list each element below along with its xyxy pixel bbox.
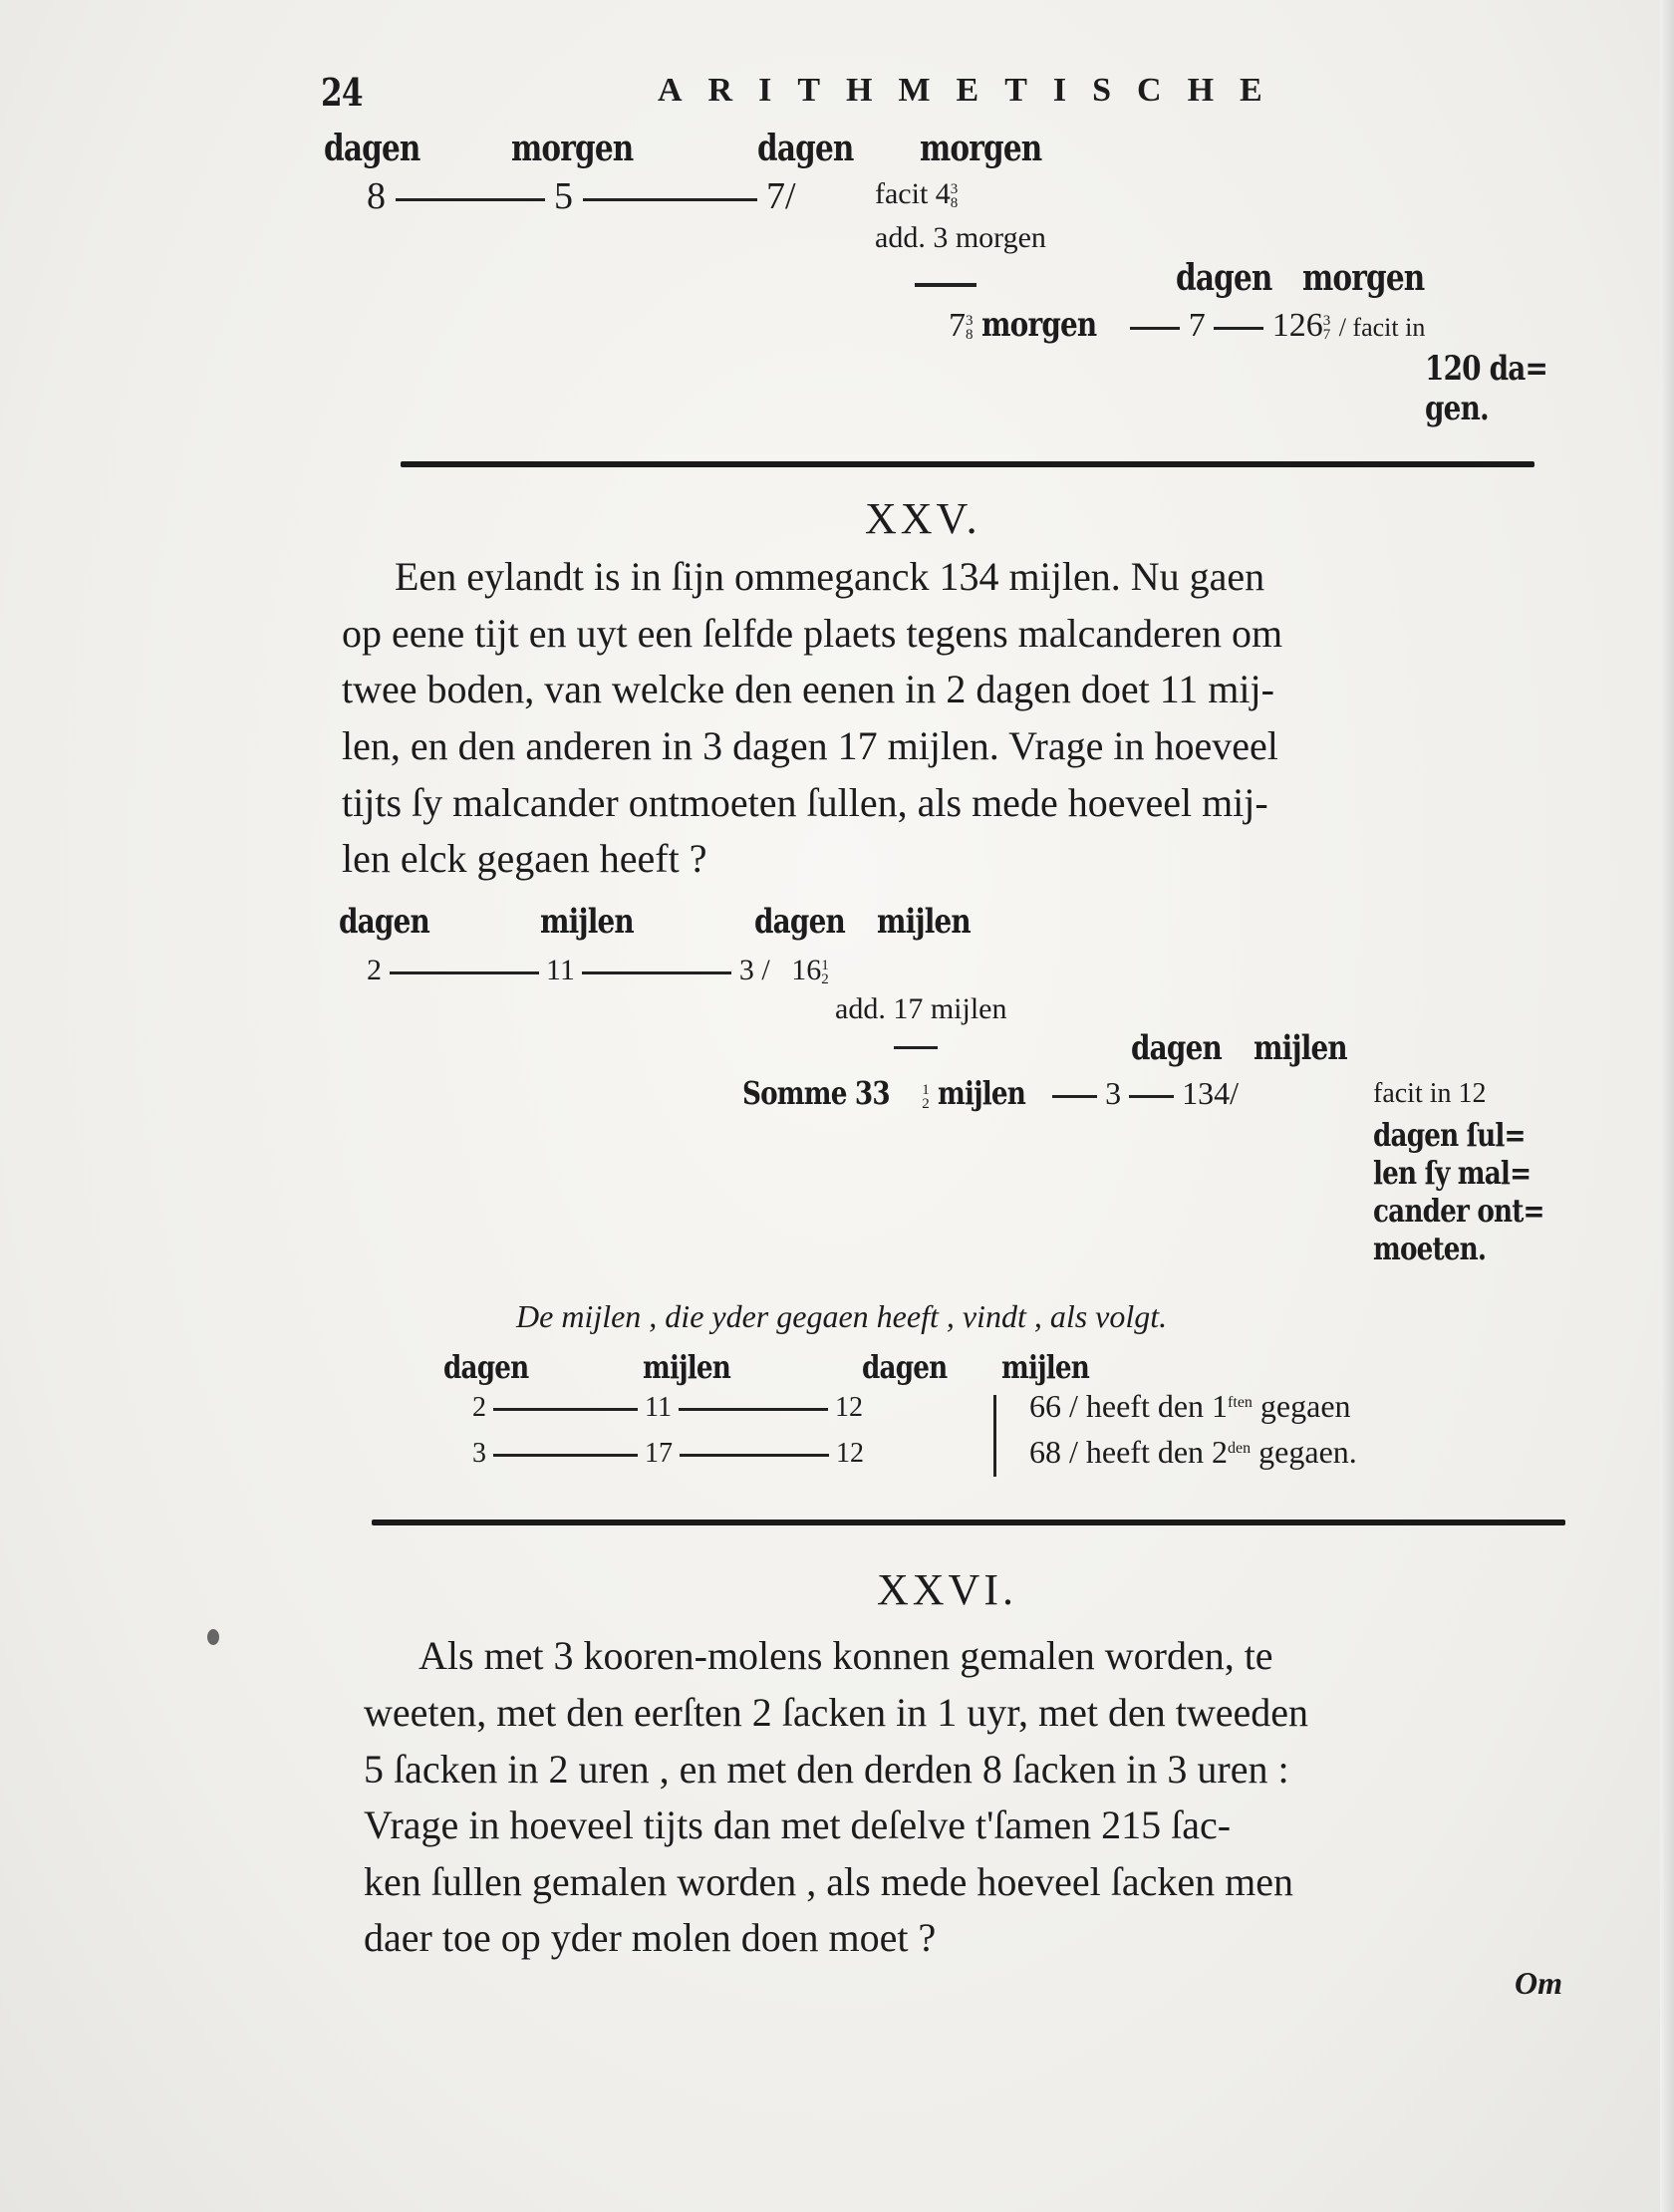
calc2-row2-c: 134/ [1182,1075,1239,1111]
calc2-label2-mijlen: mijlen [1254,1028,1347,1068]
paragraph-line: twee boden, van welcke den eenen in 2 da… [342,666,1274,712]
table-row: 3 17 12 [472,1438,864,1470]
paragraph-line: weeten, met den eerſten 2 ſacken in 1 uy… [364,1689,1308,1736]
cell-result: 68 / heeft den 2 [1029,1434,1228,1470]
dash [680,1454,829,1457]
calc2-result-line-3: cander ont= [1373,1192,1544,1230]
calc2-row2: Somme 3312 mijlen 3 134/ [742,1074,1239,1112]
dash [390,971,539,974]
calc1-result-text: facit 4 [875,177,951,210]
calc2-somme: Somme 33 [742,1074,890,1112]
calc2-label-dagen-2: dagen [754,902,845,942]
table-row-result: 68 / heeft den 2den gegaen. [1029,1434,1357,1471]
calc2-label-mijlen-1: mijlen [540,902,634,942]
paragraph-line: daer toe op yder molen doen moet ? [364,1914,936,1961]
calc2-label-dagen-1: dagen [339,902,429,942]
paragraph-line: op eene tijt en uyt een ſelfde plaets te… [342,610,1282,657]
calc2-value-c: 3 / [739,954,770,986]
fraction: 12 [821,959,829,986]
calc2-add: add. 17 mijlen [835,992,1006,1026]
calc1-row2: 738 morgen 7 12637 / facit in [949,305,1425,345]
dash [679,1408,828,1411]
calc1-label-morgen-1: morgen [511,128,633,169]
cell-result-tail: gegaen [1253,1388,1351,1424]
section-rule [372,1520,1565,1525]
catchword: Om [1515,1965,1562,2002]
calc1-value-c: 7/ [766,175,796,217]
cell-mijlen: 11 [645,1392,672,1423]
ordinal-suffix: ften [1228,1394,1253,1411]
calc1-row2-a: 7 [949,307,966,344]
cell-dagen-2: 12 [835,1392,863,1423]
calc2-label2-dagen: dagen [1131,1028,1222,1068]
dash [1214,327,1263,330]
ordinal-suffix: den [1228,1440,1251,1457]
calc1-label-dagen-2: dagen [757,128,854,169]
calc1-result: facit 438 [875,177,958,211]
cell-mijlen: 17 [645,1438,673,1469]
calc1-row2-unit: morgen [981,305,1096,345]
table-divider [993,1395,996,1477]
calc1-result-line-2: gen. [1425,389,1489,428]
table-row: 2 11 12 [472,1392,863,1424]
calc2-result: 16 [791,954,821,986]
dash [1129,1095,1174,1098]
table-header-mijlen-2: mijlen [1001,1348,1089,1386]
cell-result-tail: gegaen. [1251,1434,1357,1470]
calc1-add: add. 3 morgen [875,221,1046,255]
cell-dagen: 3 [472,1438,486,1469]
calc1-label2-morgen: morgen [1302,257,1424,299]
paragraph-line: len, en den anderen in 3 dagen 17 mijlen… [342,722,1278,769]
calc1-value-a: 8 [367,175,386,217]
calc1-label-dagen-1: dagen [324,128,420,169]
italic-note: De mijlen , die yder gegaen heeft , vind… [516,1298,1167,1335]
section-heading-xxv: XXV. [865,493,981,544]
cell-result: 66 / heeft den 1 [1029,1388,1228,1424]
dash [1052,1095,1097,1098]
paragraph-line: ken ſullen gemalen worden , als mede hoe… [364,1858,1293,1905]
calc2-label-mijlen-2: mijlen [877,902,971,942]
paragraph-line: Als met 3 kooren-molens konnen gemalen w… [418,1632,1273,1679]
dash [1130,327,1180,330]
calc1-row2-b: 7 [1189,307,1206,344]
dash [583,198,757,201]
fraction: 37 [1323,314,1331,342]
calc1-value-b: 5 [554,175,573,217]
calc2-row: 2 11 3 / 1612 [367,954,829,987]
paragraph-line: 5 ſacken in 2 uren , en met den derden 8… [364,1746,1289,1793]
section-heading-xxvi: XXVI. [877,1564,1017,1615]
calc1-result-line-1: 120 da= [1425,349,1547,389]
calc2-result-line-1: dagen ſul= [1373,1116,1526,1154]
sum-rule [894,1046,938,1049]
calc1-label-morgen-2: morgen [920,128,1041,169]
calc1-row: 8 5 7/ [367,174,796,218]
table-header-dagen-1: dagen [443,1348,528,1386]
calc2-value-b: 11 [546,954,575,986]
fraction: 38 [951,182,959,210]
ink-speck [207,1629,219,1645]
calc2-facit: facit in 12 [1373,1078,1487,1110]
table-row-result: 66 / heeft den 1ften gegaen [1029,1388,1351,1425]
calc2-value-a: 2 [367,954,382,986]
dash [493,1408,638,1411]
calc1-label2-dagen: dagen [1176,257,1272,299]
cell-dagen-2: 12 [836,1438,864,1469]
page-edge [1660,0,1674,2212]
paragraph-line: tijts ſy malcander ontmoeten ſullen, als… [342,779,1268,826]
table-header-mijlen-1: mijlen [643,1348,730,1386]
calc2-unit: mijlen [938,1074,1025,1112]
sum-rule [915,283,976,287]
table-header-dagen-2: dagen [862,1348,947,1386]
cell-dagen: 2 [472,1392,486,1423]
calc2-row2-b: 3 [1105,1075,1121,1111]
calc1-row2-c: 126 [1272,307,1323,344]
paragraph-line: len elck gegaen heeft ? [342,835,706,882]
dash [493,1454,638,1457]
paragraph-line: Een eylandt is in ſijn ommeganck 134 mij… [395,553,1264,600]
running-title: ARITHMETISCHE [658,72,1288,110]
calc2-result-line-4: moeten. [1373,1230,1486,1267]
dash [396,198,545,201]
dash [582,971,731,974]
calc1-row2-result: / facit in [1339,313,1426,342]
calc2-result-line-2: len ſy mal= [1373,1154,1531,1192]
section-rule [401,461,1534,467]
paragraph-line: Vrage in hoeveel tijts dan met deſelve t… [364,1801,1231,1848]
fraction: 12 [922,1083,930,1111]
page-number: 24 [321,70,363,115]
fraction: 38 [966,314,974,342]
